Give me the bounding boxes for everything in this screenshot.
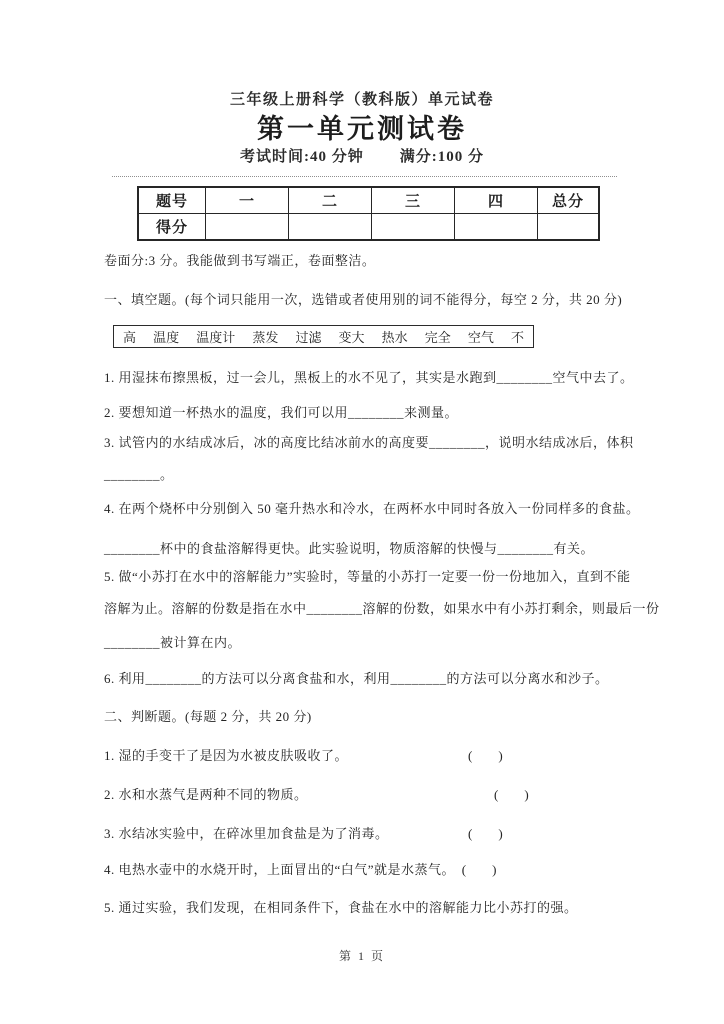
judgment-text: 4. 电热水壶中的水烧开时，上面冒出的“白气”就是水蒸气。 [104,862,455,877]
fill-question-line: 4. 在两个烧杯中分别倒入 50 毫升热水和冷水，在两杯水中同时各放入一份同样多… [104,498,644,517]
paper-notice: 卷面分:3 分。我能做到书写端正，卷面整洁。 [104,250,644,269]
page-number: 第 1 页 [0,947,724,964]
fill-question-line: 3. 试管内的水结成冰后，冰的高度比结冰前水的高度要________，说明水结成… [104,432,644,451]
score-cell-empty [289,214,372,241]
judgment-item: 1. 湿的手变干了是因为水被皮肤吸收了。 ( ) [104,745,664,764]
score-cell-empty [206,214,289,241]
score-table-header-cell: 一 [206,187,289,214]
score-table-header-cell: 题号 [138,187,206,214]
score-table-header-cell: 二 [289,187,372,214]
word-bank-word: 空气 [468,327,494,346]
judgment-item: 3. 水结冰实验中，在碎冰里加食盐是为了消毒。 ( ) [104,823,664,842]
answer-bracket: ( ) [494,784,529,803]
word-bank-word: 蒸发 [252,327,278,346]
page-title: 第一单元测试卷 [0,107,724,146]
fill-question-line: 6. 利用________的方法可以分离食盐和水，利用________的方法可以… [104,668,644,687]
answer-bracket: ( ) [468,823,503,842]
judgment-text: 3. 水结冰实验中，在碎冰里加食盐是为了消毒。 [104,826,389,841]
exam-time-label: 考试时间:40 分钟 [240,149,364,165]
score-cell-empty [538,214,600,241]
judgment-item: 2. 水和水蒸气是两种不同的物质。 ( ) [104,784,664,803]
word-bank-word: 不 [511,327,524,346]
test-paper-page: 三年级上册科学（教科版）单元试卷 第一单元测试卷 考试时间:40 分钟满分:10… [0,0,724,1024]
judgment-text: 2. 水和水蒸气是两种不同的物质。 [104,787,308,802]
judgment-text: 1. 湿的手变干了是因为水被皮肤吸收了。 [104,748,348,763]
fill-question-line: ________被计算在内。 [104,632,644,651]
dotted-divider [112,176,617,177]
word-bank-box: 高 温度 温度计 蒸发 过滤 变大 热水 完全 空气 不 [113,325,534,348]
score-table-header-cell: 总分 [538,187,600,214]
word-bank-word: 高 [123,327,136,346]
word-bank-word: 温度 [153,327,179,346]
judgment-item: 5. 通过实验，我们发现，在相同条件下，食盐在水中的溶解能力比小苏打的强。 [104,897,664,916]
score-table-score-row: 得分 [138,214,599,241]
full-score-label: 满分:100 分 [400,149,484,165]
section2-heading: 二、判断题。(每题 2 分，共 20 分) [104,706,644,725]
score-cell-empty [372,214,455,241]
exam-info-line: 考试时间:40 分钟满分:100 分 [0,145,724,166]
fill-question-line: 2. 要想知道一杯热水的温度，我们可以用________来测量。 [104,402,644,421]
score-table-header-row: 题号 一 二 三 四 总分 [138,187,599,214]
answer-bracket: ( ) [468,745,503,764]
score-cell-empty [455,214,538,241]
fill-question-line: 5. 做“小苏打在水中的溶解能力”实验时，等量的小苏打一定要一份一份地加入，直到… [104,566,644,585]
word-bank-word: 变大 [339,327,365,346]
section1-heading: 一、填空题。(每个词只能用一次，选错或者使用别的词不能得分，每空 2 分，共 2… [104,289,644,308]
score-table: 题号 一 二 三 四 总分 得分 [137,186,600,241]
word-bank-word: 温度计 [196,327,235,346]
word-bank-word: 完全 [425,327,451,346]
word-bank-word: 过滤 [295,327,321,346]
fill-question-line: 1. 用湿抹布擦黑板，过一会儿，黑板上的水不见了，其实是水跑到________空… [104,367,644,386]
judgment-item: 4. 电热水壶中的水烧开时，上面冒出的“白气”就是水蒸气。 ( ) [104,859,664,878]
score-table-header-cell: 四 [455,187,538,214]
judgment-text: 5. 通过实验，我们发现，在相同条件下，食盐在水中的溶解能力比小苏打的强。 [104,900,578,915]
fill-question-line: ________。 [104,464,644,483]
word-bank-word: 热水 [382,327,408,346]
fill-question-line: ________杯中的食盐溶解得更快。此实验说明，物质溶解的快慢与_______… [104,538,644,557]
paper-series-title: 三年级上册科学（教科版）单元试卷 [0,88,724,109]
score-row-label: 得分 [138,214,206,241]
score-table-header-cell: 三 [372,187,455,214]
answer-bracket: ( ) [462,862,497,877]
fill-question-line: 溶解为止。溶解的份数是指在水中________溶解的份数，如果水中有小苏打剩余，… [104,598,644,617]
